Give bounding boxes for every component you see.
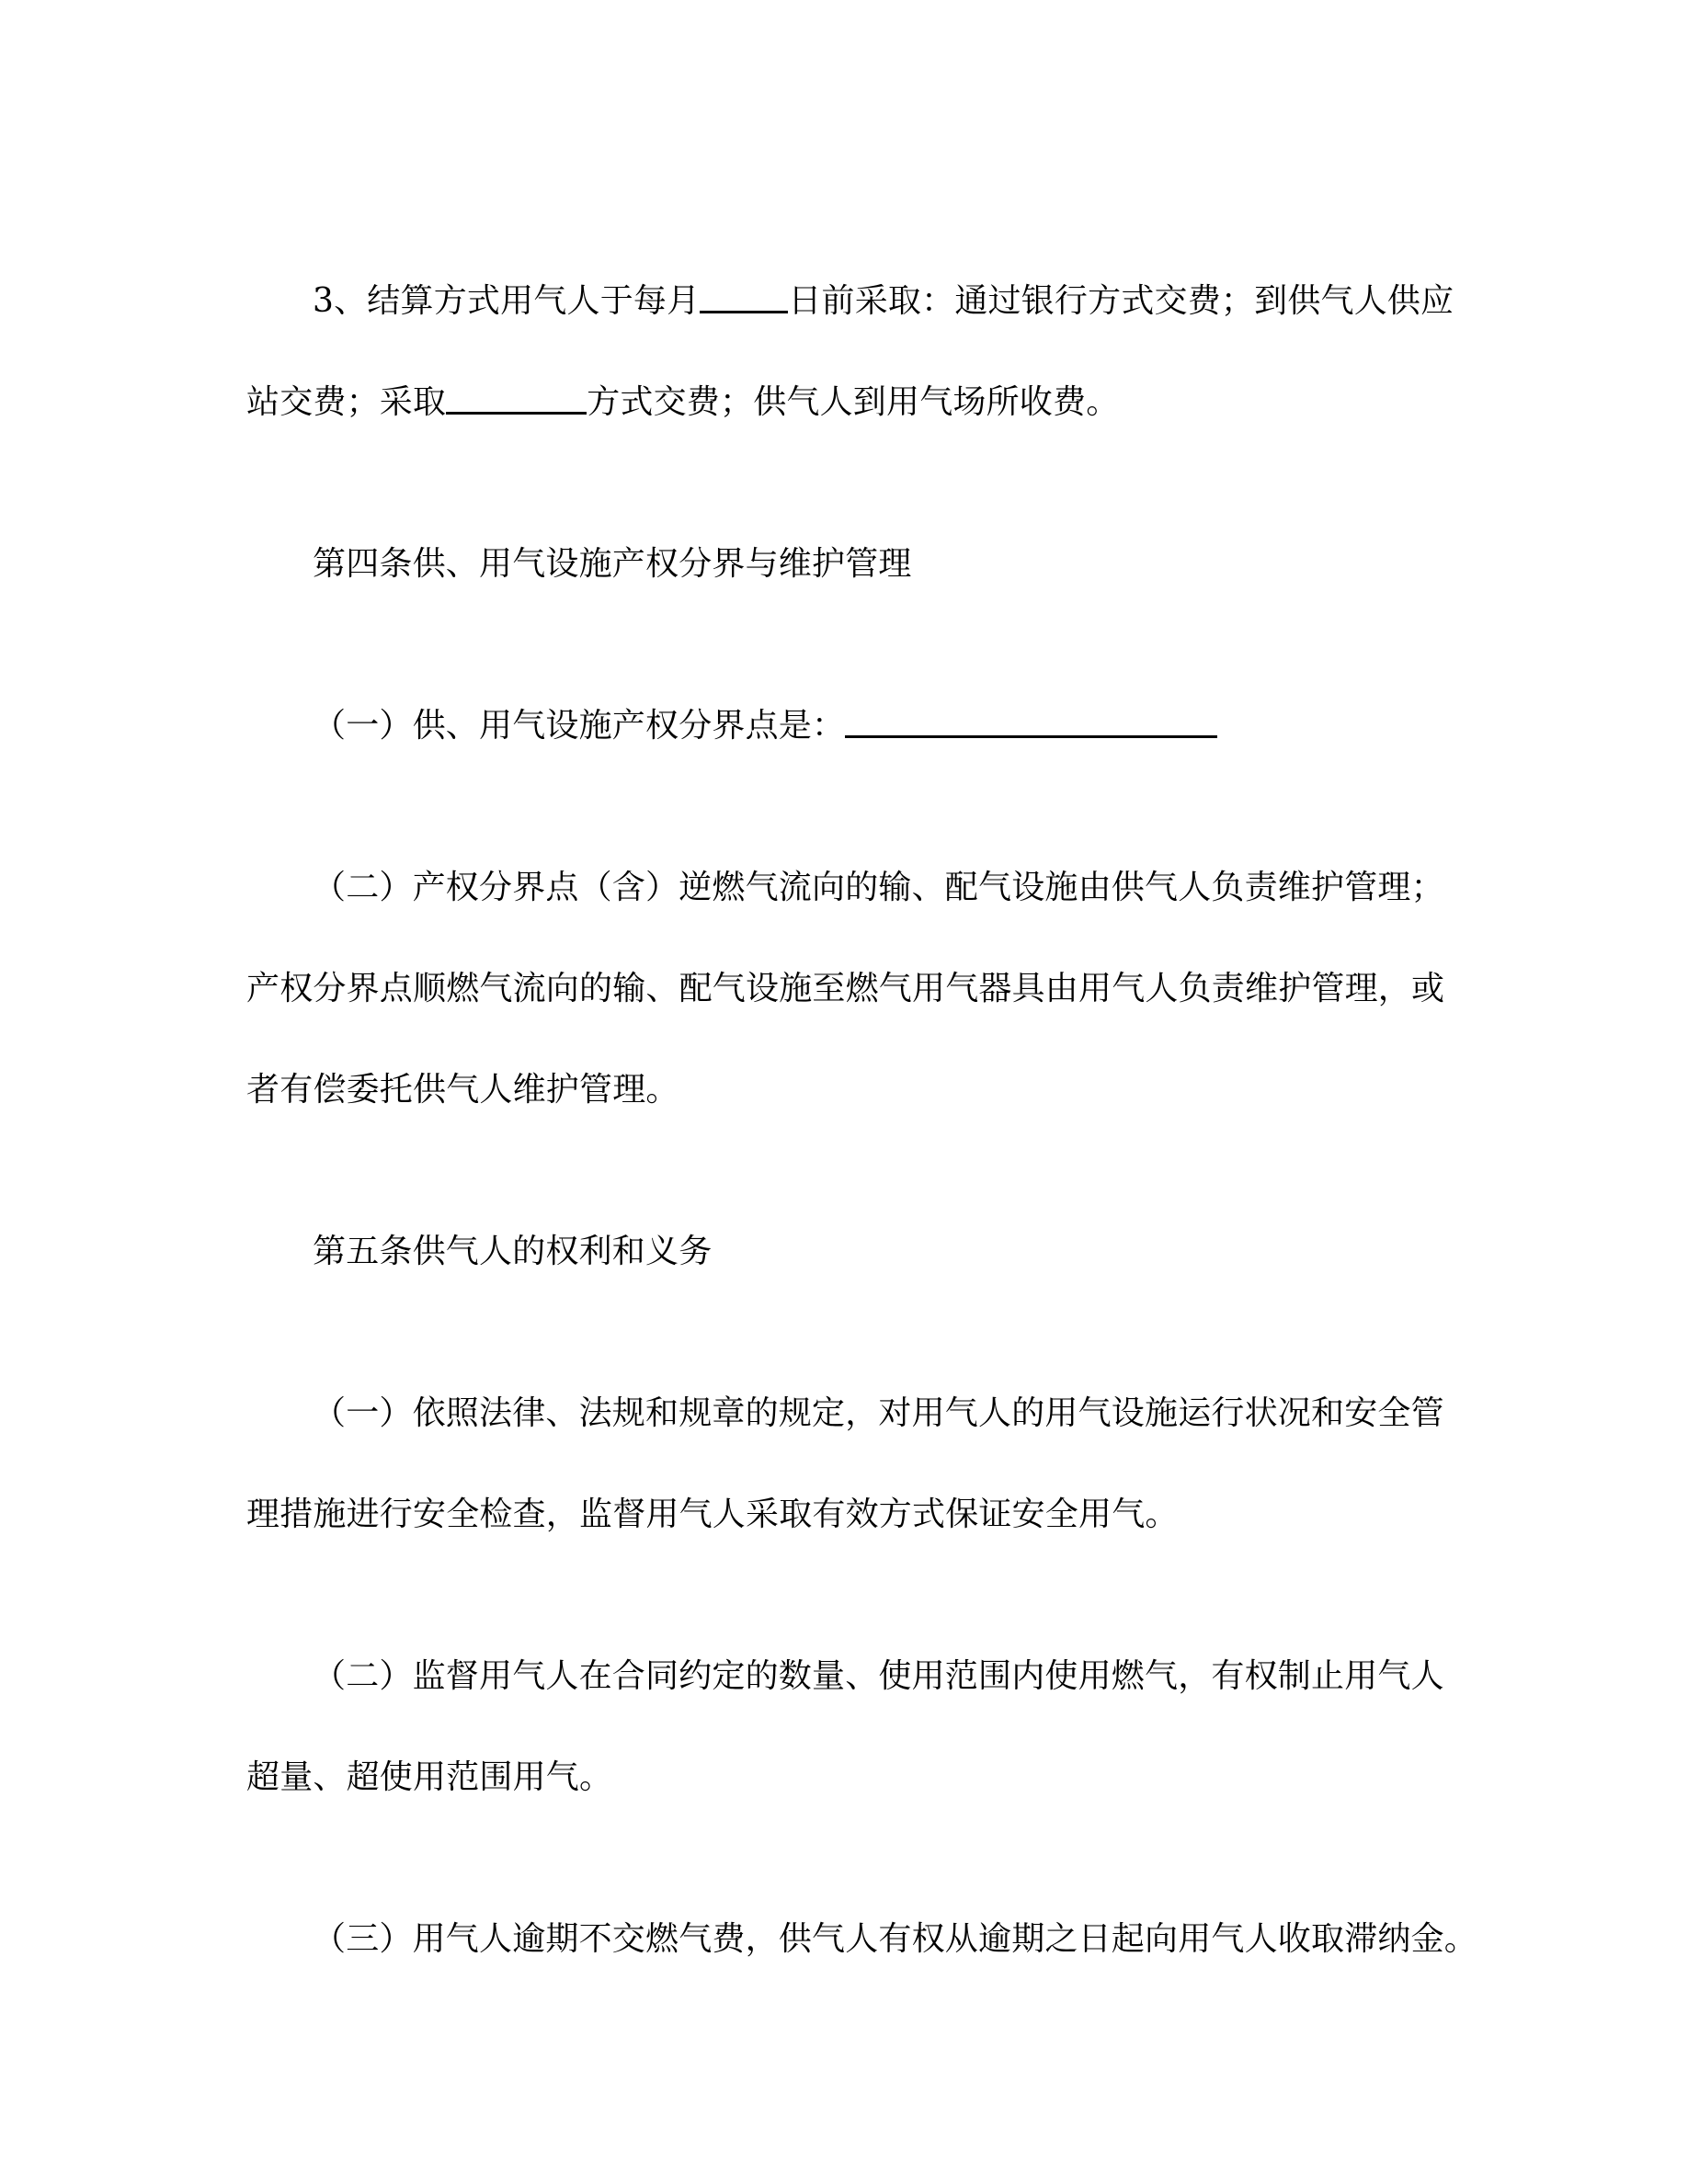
article-4-item-1: （一）供、用气设施产权分界点是： bbox=[246, 676, 1443, 777]
article-5-item-2: （二）监督用气人在合同约定的数量、使用范围内使用燃气，有权制止用气人超量、超使用… bbox=[246, 1626, 1443, 1828]
text-line: 者有偿委托供气人维护管理。 bbox=[246, 1040, 1443, 1141]
text-run: 第五条供气人的权利和义务 bbox=[313, 1233, 712, 1270]
text-run: （三）用气人逾期不交燃气费，供气人有权从逾期之日起向用气人收取滞纳金。 bbox=[313, 1920, 1477, 1958]
text-run: （二）产权分界点（含）逆燃气流向的输、配气设施由供气人负责维护管理； bbox=[313, 869, 1444, 906]
text-line: 产权分界点顺燃气流向的输、配气设施至燃气用气器具由用气人负责维护管理，或 bbox=[246, 938, 1443, 1040]
fill-in-blank bbox=[845, 734, 1217, 738]
text-line: （二）监督用气人在合同约定的数量、使用范围内使用燃气，有权制止用气人 bbox=[246, 1626, 1443, 1727]
text-run: （一）依照法律、法规和规章的规定，对用气人的用气设施运行状况和安全管 bbox=[313, 1394, 1444, 1432]
text-line: 第五条供气人的权利和义务 bbox=[246, 1201, 1443, 1302]
text-run: 超量、超使用范围用气。 bbox=[246, 1758, 612, 1796]
text-line: （一）依照法律、法规和规章的规定，对用气人的用气设施运行状况和安全管 bbox=[246, 1363, 1443, 1464]
text-line: 站交费；采取方式交费；供气人到用气场所收费。 bbox=[246, 352, 1443, 453]
text-run: 站交费；采取 bbox=[246, 383, 446, 421]
text-line: 理措施进行安全检查，监督用气人采取有效方式保证安全用气。 bbox=[246, 1464, 1443, 1565]
heading-article-5: 第五条供气人的权利和义务 bbox=[246, 1201, 1443, 1302]
fill-in-blank bbox=[446, 411, 587, 415]
text-run: 3、结算方式用气人于每月 bbox=[313, 282, 700, 320]
text-run: 者有偿委托供气人维护管理。 bbox=[246, 1071, 679, 1109]
text-run: 方式交费；供气人到用气场所收费。 bbox=[587, 383, 1119, 421]
clause-3-settlement-method: 3、结算方式用气人于每月日前采取：通过银行方式交费；到供气人供应站交费；采取方式… bbox=[246, 251, 1443, 453]
document-body: 3、结算方式用气人于每月日前采取：通过银行方式交费；到供气人供应站交费；采取方式… bbox=[246, 251, 1443, 2051]
text-line: （二）产权分界点（含）逆燃气流向的输、配气设施由供气人负责维护管理； bbox=[246, 837, 1443, 938]
text-line: 3、结算方式用气人于每月日前采取：通过银行方式交费；到供气人供应 bbox=[246, 251, 1443, 352]
text-run: 日前采取：通过银行方式交费；到供气人供应 bbox=[788, 282, 1454, 320]
text-run: 第四条供、用气设施产权分界与维护管理 bbox=[313, 545, 912, 583]
text-line: 第四条供、用气设施产权分界与维护管理 bbox=[246, 514, 1443, 615]
article-5-item-3: （三）用气人逾期不交燃气费，供气人有权从逾期之日起向用气人收取滞纳金。 bbox=[246, 1889, 1443, 1990]
text-line: （一）供、用气设施产权分界点是： bbox=[246, 676, 1443, 777]
text-run: 理措施进行安全检查，监督用气人采取有效方式保证安全用气。 bbox=[246, 1496, 1179, 1533]
fill-in-blank bbox=[700, 310, 788, 313]
text-line: 超量、超使用范围用气。 bbox=[246, 1727, 1443, 1828]
text-line: （三）用气人逾期不交燃气费，供气人有权从逾期之日起向用气人收取滞纳金。 bbox=[246, 1889, 1443, 1990]
article-4-item-2: （二）产权分界点（含）逆燃气流向的输、配气设施由供气人负责维护管理；产权分界点顺… bbox=[246, 837, 1443, 1141]
text-run: 产权分界点顺燃气流向的输、配气设施至燃气用气器具由用气人负责维护管理，或 bbox=[246, 970, 1444, 1007]
article-5-item-1: （一）依照法律、法规和规章的规定，对用气人的用气设施运行状况和安全管理措施进行安… bbox=[246, 1363, 1443, 1565]
heading-article-4: 第四条供、用气设施产权分界与维护管理 bbox=[246, 514, 1443, 615]
text-run: （一）供、用气设施产权分界点是： bbox=[313, 707, 845, 745]
text-run: （二）监督用气人在合同约定的数量、使用范围内使用燃气，有权制止用气人 bbox=[313, 1657, 1444, 1695]
document-page: 3、结算方式用气人于每月日前采取：通过银行方式交费；到供气人供应站交费；采取方式… bbox=[0, 0, 1688, 2184]
